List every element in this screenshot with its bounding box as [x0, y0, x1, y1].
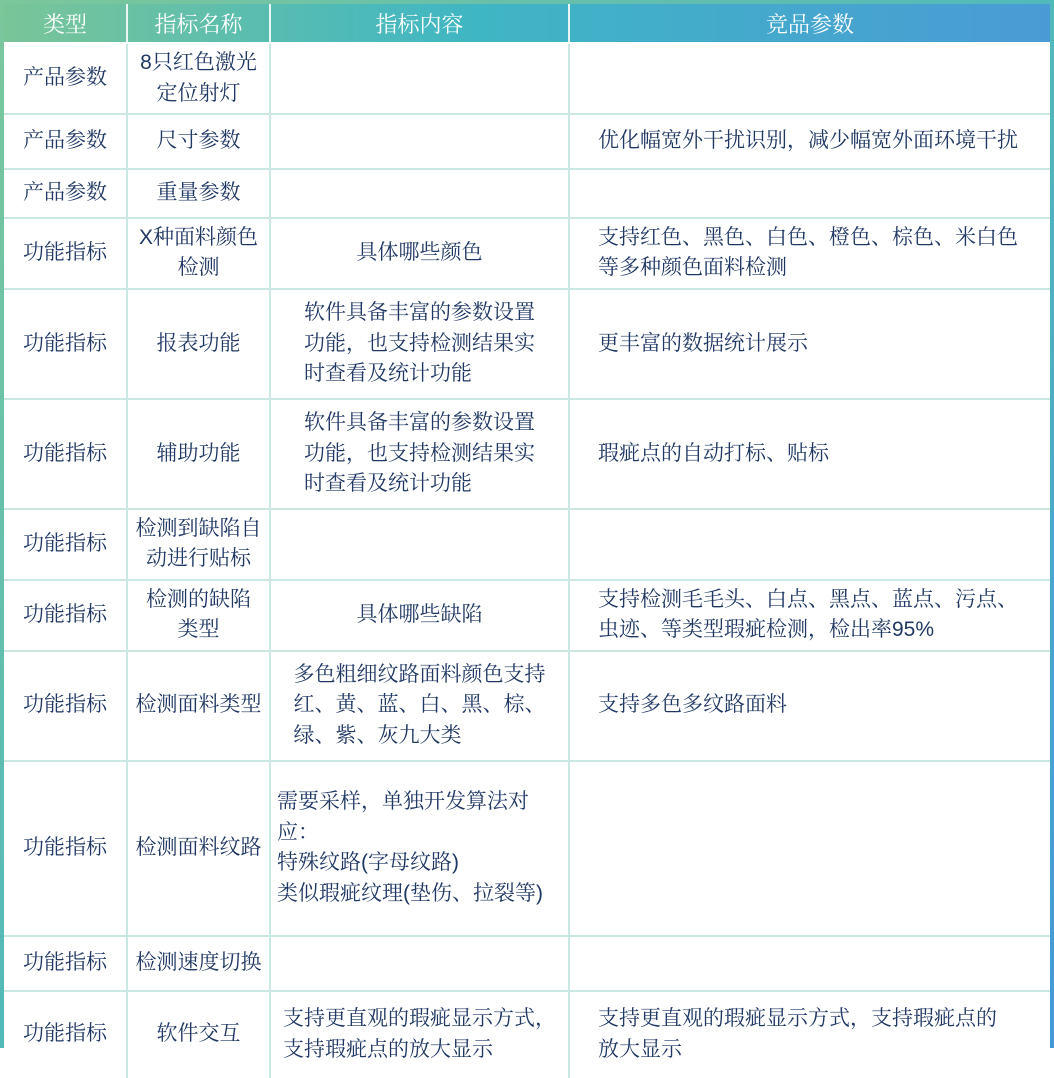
cell-type: 产品参数: [4, 44, 128, 115]
cell-indicator-name: 重量参数: [128, 170, 271, 219]
table-header: 类型指标名称指标内容竞品参数: [4, 4, 1050, 44]
cell-competitor-params: 瑕疵点的自动打标、贴标: [570, 400, 1050, 510]
cell-type: 功能指标: [4, 581, 128, 652]
cell-type-text: 产品参数: [23, 181, 107, 204]
header-row: 类型指标名称指标内容竞品参数: [4, 4, 1050, 44]
cell-indicator-name: 检测速度切换: [128, 937, 271, 992]
cell-indicator-name-text: 尺寸参数: [157, 129, 241, 152]
cell-indicator-name: 8只红色激光 定位射灯: [128, 44, 271, 115]
cell-competitor-params: 支持检测毛毛头、白点、黑点、蓝点、污点、 虫迹、等类型瑕疵检测，检出率95%: [570, 581, 1050, 652]
cell-type: 功能指标: [4, 510, 128, 581]
cell-indicator-name: 检测面料类型: [128, 652, 271, 762]
comparison-table: 类型指标名称指标内容竞品参数 产品参数8只红色激光 定位射灯产品参数尺寸参数优化…: [4, 4, 1050, 1078]
table-row: 功能指标检测面料类型多色粗细纹路面料颜色支持 红、黄、蓝、白、黑、棕、 绿、紫、…: [4, 652, 1050, 762]
cell-indicator-content-text: 多色粗细纹路面料颜色支持 红、黄、蓝、白、黑、棕、 绿、紫、灰九大类: [294, 660, 546, 751]
cell-indicator-content-text: 软件具备丰富的参数设置 功能，也支持检测结果实 时查看及统计功能: [304, 408, 535, 499]
cell-indicator-content: 支持更直观的瑕疵显示方式， 支持瑕疵点的放大显示: [271, 992, 570, 1078]
cell-type-text: 产品参数: [23, 129, 107, 152]
cell-indicator-name: 检测面料纹路: [128, 762, 271, 937]
cell-type: 功能指标: [4, 992, 128, 1078]
cell-competitor-params: [570, 44, 1050, 115]
cell-indicator-content: 需要采样，单独开发算法对应： 特殊纹路(字母纹路) 类似瑕疵纹理(垫伤、拉裂等): [271, 762, 570, 937]
cell-indicator-name-text: 检测面料纹路: [136, 836, 262, 859]
cell-indicator-content: 多色粗细纹路面料颜色支持 红、黄、蓝、白、黑、棕、 绿、紫、灰九大类: [271, 652, 570, 762]
cell-indicator-content: 软件具备丰富的参数设置 功能，也支持检测结果实 时查看及统计功能: [271, 290, 570, 400]
cell-competitor-params-text: 支持红色、黑色、白色、橙色、棕色、米白色 等多种颜色面料检测: [598, 226, 1018, 279]
cell-indicator-name-text: 报表功能: [157, 332, 241, 355]
cell-competitor-params: 支持红色、黑色、白色、橙色、棕色、米白色 等多种颜色面料检测: [570, 219, 1050, 290]
column-header-1: 指标名称: [128, 4, 271, 44]
cell-indicator-content-text: 支持更直观的瑕疵显示方式， 支持瑕疵点的放大显示: [283, 1004, 556, 1065]
cell-indicator-content: 具体哪些缺陷: [271, 581, 570, 652]
cell-type-text: 功能指标: [23, 951, 107, 974]
cell-indicator-name-text: 检测的缺陷 类型: [146, 588, 251, 641]
cell-indicator-name-text: 检测到缺陷自 动进行贴标: [136, 517, 262, 570]
cell-competitor-params: 优化幅宽外干扰识别，减少幅宽外面环境干扰: [570, 115, 1050, 170]
cell-indicator-content: [271, 115, 570, 170]
table-body: 产品参数8只红色激光 定位射灯产品参数尺寸参数优化幅宽外干扰识别，减少幅宽外面环…: [4, 44, 1050, 1078]
cell-type: 产品参数: [4, 115, 128, 170]
cell-type-text: 功能指标: [23, 442, 107, 465]
table-row: 功能指标软件交互支持更直观的瑕疵显示方式， 支持瑕疵点的放大显示支持更直观的瑕疵…: [4, 992, 1050, 1078]
cell-type-text: 功能指标: [23, 836, 107, 859]
column-header-2: 指标内容: [271, 4, 570, 44]
cell-type: 功能指标: [4, 400, 128, 510]
cell-type: 功能指标: [4, 937, 128, 992]
cell-indicator-name-text: 8只红色激光 定位射灯: [140, 51, 257, 104]
column-header-3: 竞品参数: [570, 4, 1050, 44]
cell-indicator-name: 辅助功能: [128, 400, 271, 510]
cell-indicator-content: [271, 937, 570, 992]
cell-competitor-params-text: 瑕疵点的自动打标、贴标: [598, 442, 829, 465]
cell-indicator-content: [271, 44, 570, 115]
cell-indicator-content-text: 软件具备丰富的参数设置 功能，也支持检测结果实 时查看及统计功能: [304, 298, 535, 389]
cell-type: 功能指标: [4, 652, 128, 762]
cell-indicator-content-text: 具体哪些颜色: [357, 238, 483, 268]
cell-indicator-name-text: 重量参数: [157, 181, 241, 204]
cell-type-text: 功能指标: [23, 532, 107, 555]
cell-indicator-name-text: 检测面料类型: [136, 693, 262, 716]
cell-indicator-content: [271, 170, 570, 219]
cell-type-text: 产品参数: [23, 66, 107, 89]
cell-type: 产品参数: [4, 170, 128, 219]
cell-indicator-name-text: X种面料颜色 检测: [139, 226, 258, 279]
cell-type-text: 功能指标: [23, 603, 107, 626]
table-row: 功能指标检测面料纹路需要采样，单独开发算法对应： 特殊纹路(字母纹路) 类似瑕疵…: [4, 762, 1050, 937]
cell-competitor-params-text: 支持更直观的瑕疵显示方式，支持瑕疵点的 放大显示: [598, 1007, 997, 1060]
cell-indicator-name: 软件交互: [128, 992, 271, 1078]
cell-indicator-name: 检测到缺陷自 动进行贴标: [128, 510, 271, 581]
cell-competitor-params-text: 支持多色多纹路面料: [598, 693, 787, 716]
cell-competitor-params-text: 更丰富的数据统计展示: [598, 332, 808, 355]
cell-competitor-params: [570, 762, 1050, 937]
cell-indicator-name-text: 软件交互: [157, 1022, 241, 1045]
table-row: 产品参数重量参数: [4, 170, 1050, 219]
table-row: 产品参数尺寸参数优化幅宽外干扰识别，减少幅宽外面环境干扰: [4, 115, 1050, 170]
cell-type-text: 功能指标: [23, 693, 107, 716]
cell-indicator-content-text: 具体哪些缺陷: [357, 600, 483, 630]
cell-competitor-params: 支持更直观的瑕疵显示方式，支持瑕疵点的 放大显示: [570, 992, 1050, 1078]
cell-indicator-content: [271, 510, 570, 581]
cell-type-text: 功能指标: [23, 241, 107, 264]
table-row: 产品参数8只红色激光 定位射灯: [4, 44, 1050, 115]
cell-indicator-name: 尺寸参数: [128, 115, 271, 170]
cell-indicator-content: 具体哪些颜色: [271, 219, 570, 290]
table-row: 功能指标X种面料颜色 检测具体哪些颜色支持红色、黑色、白色、橙色、棕色、米白色 …: [4, 219, 1050, 290]
cell-indicator-name-text: 辅助功能: [157, 442, 241, 465]
cell-indicator-name: X种面料颜色 检测: [128, 219, 271, 290]
cell-indicator-name-text: 检测速度切换: [136, 951, 262, 974]
cell-indicator-content-text: 需要采样，单独开发算法对应： 特殊纹路(字母纹路) 类似瑕疵纹理(垫伤、拉裂等): [277, 787, 562, 909]
cell-competitor-params: 支持多色多纹路面料: [570, 652, 1050, 762]
column-header-0: 类型: [4, 4, 128, 44]
cell-indicator-content: 软件具备丰富的参数设置 功能，也支持检测结果实 时查看及统计功能: [271, 400, 570, 510]
cell-type-text: 功能指标: [23, 1022, 107, 1045]
table-row: 功能指标辅助功能软件具备丰富的参数设置 功能，也支持检测结果实 时查看及统计功能…: [4, 400, 1050, 510]
cell-competitor-params: 更丰富的数据统计展示: [570, 290, 1050, 400]
cell-competitor-params-text: 优化幅宽外干扰识别，减少幅宽外面环境干扰: [598, 129, 1018, 152]
comparison-table-frame: 类型指标名称指标内容竞品参数 产品参数8只红色激光 定位射灯产品参数尺寸参数优化…: [0, 0, 1054, 1048]
cell-competitor-params: [570, 937, 1050, 992]
table-row: 功能指标报表功能软件具备丰富的参数设置 功能，也支持检测结果实 时查看及统计功能…: [4, 290, 1050, 400]
table-row: 功能指标检测速度切换: [4, 937, 1050, 992]
cell-type: 功能指标: [4, 762, 128, 937]
table-row: 功能指标检测到缺陷自 动进行贴标: [4, 510, 1050, 581]
cell-competitor-params: [570, 170, 1050, 219]
cell-type: 功能指标: [4, 290, 128, 400]
cell-competitor-params-text: 支持检测毛毛头、白点、黑点、蓝点、污点、 虫迹、等类型瑕疵检测，检出率95%: [598, 588, 1018, 641]
cell-competitor-params: [570, 510, 1050, 581]
cell-indicator-name: 报表功能: [128, 290, 271, 400]
table-row: 功能指标检测的缺陷 类型具体哪些缺陷支持检测毛毛头、白点、黑点、蓝点、污点、 虫…: [4, 581, 1050, 652]
cell-indicator-name: 检测的缺陷 类型: [128, 581, 271, 652]
cell-type: 功能指标: [4, 219, 128, 290]
cell-type-text: 功能指标: [23, 332, 107, 355]
